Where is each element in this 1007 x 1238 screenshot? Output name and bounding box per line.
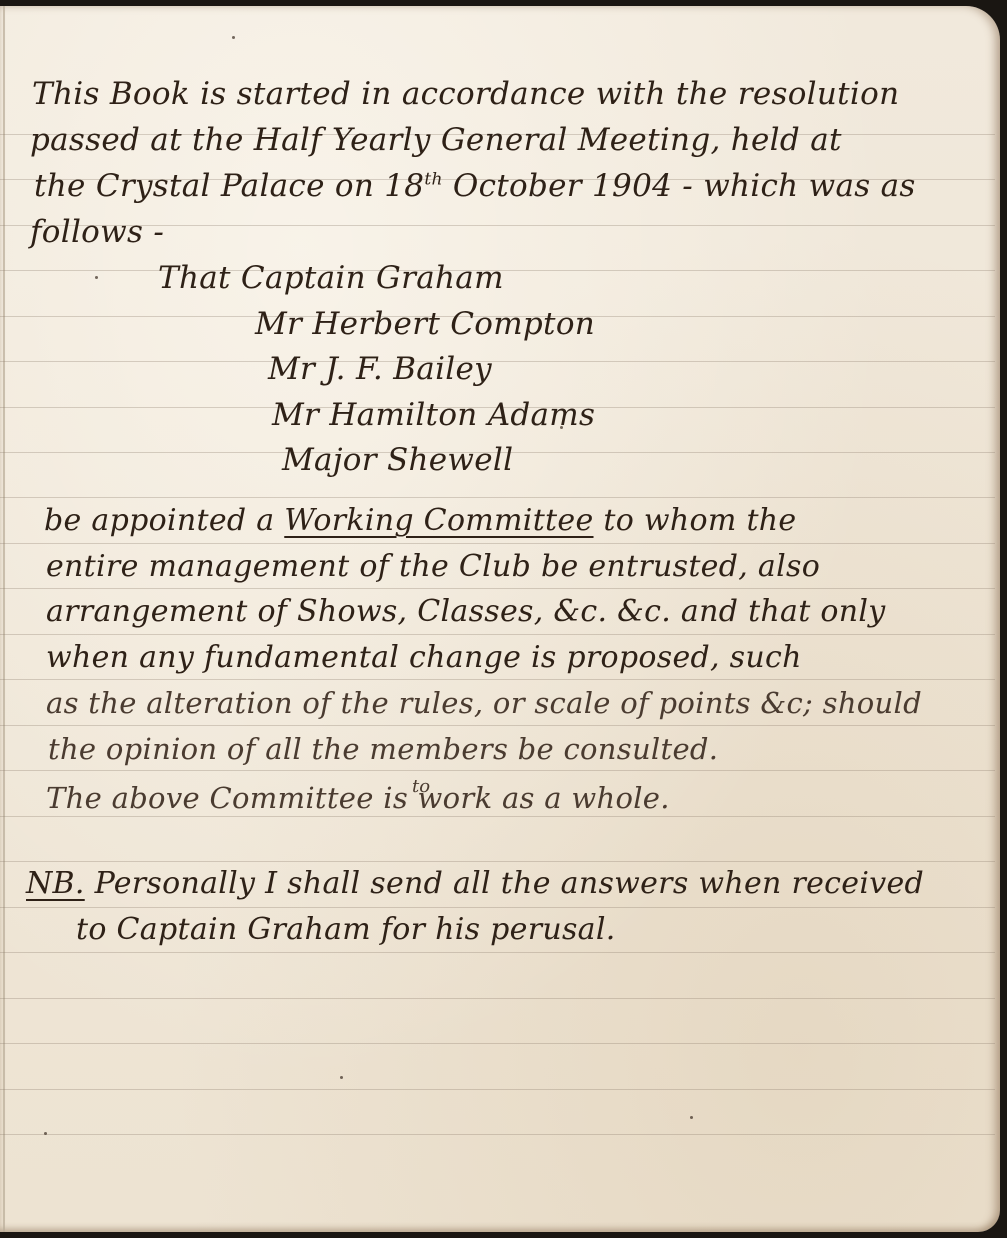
handwritten-line-15: the opinion of all the members be consul… xyxy=(48,732,718,766)
inserted-word-to: to xyxy=(412,776,430,797)
underlined-working-committee: Working Committee xyxy=(284,503,593,538)
handwritten-line-16: The above Committee is work as a whole. xyxy=(46,781,670,815)
ruled-line xyxy=(0,497,995,498)
paper-speck xyxy=(690,1116,693,1119)
handwritten-line-11: entire management of the Club be entrust… xyxy=(46,549,820,584)
ruled-line xyxy=(0,952,995,953)
handwritten-line-10: be appointed a Working Committee to whom… xyxy=(44,503,796,538)
ruled-line xyxy=(0,1134,995,1135)
notebook-page: This Book is started in accordance with … xyxy=(0,6,1000,1232)
committee-line-2: Mr Herbert Compton xyxy=(255,306,595,342)
handwritten-line-3: the Crystal Palace on 18th October 1904 … xyxy=(34,168,916,204)
paper-speck xyxy=(95,276,98,279)
ruled-line xyxy=(0,361,995,362)
page-binding-edge xyxy=(3,6,5,1232)
ordinal-superscript: th xyxy=(424,170,442,190)
committee-line-5: Major Shewell xyxy=(282,442,513,478)
handwritten-line-13: when any fundamental change is proposed,… xyxy=(46,640,802,675)
paper-speck xyxy=(340,1076,343,1079)
handwritten-line-14: as the alteration of the rules, or scale… xyxy=(46,686,922,720)
paper-speck xyxy=(560,426,563,429)
handwritten-line-4: follows - xyxy=(30,214,164,250)
handwritten-line-2: passed at the Half Yearly General Meetin… xyxy=(30,122,842,158)
ruled-line xyxy=(0,1089,995,1090)
ruled-line xyxy=(0,588,995,589)
paper-speck xyxy=(232,36,235,39)
ruled-line xyxy=(0,770,995,771)
committee-line-1: That Captain Graham xyxy=(158,260,504,296)
handwritten-line-12: arrangement of Shows, Classes, &c. &c. a… xyxy=(46,594,886,629)
ruled-line xyxy=(0,634,995,635)
ruled-line xyxy=(0,543,995,544)
ruled-line xyxy=(0,907,995,908)
nb-marker: NB. xyxy=(26,866,85,901)
ruled-line xyxy=(0,861,995,862)
ruled-line xyxy=(0,816,995,817)
nb-line-2: to Captain Graham for his perusal. xyxy=(76,912,616,947)
ruled-line xyxy=(0,1043,995,1044)
ruled-line xyxy=(0,725,995,726)
committee-line-4: Mr Hamilton Adams xyxy=(272,397,595,433)
ruled-line xyxy=(0,998,995,999)
nb-line-1: NB. Personally I shall send all the answ… xyxy=(26,866,924,901)
handwritten-line-1: This Book is started in accordance with … xyxy=(32,76,899,112)
ruled-line xyxy=(0,679,995,680)
paper-speck xyxy=(44,1132,47,1135)
committee-line-3: Mr J. F. Bailey xyxy=(268,351,492,387)
